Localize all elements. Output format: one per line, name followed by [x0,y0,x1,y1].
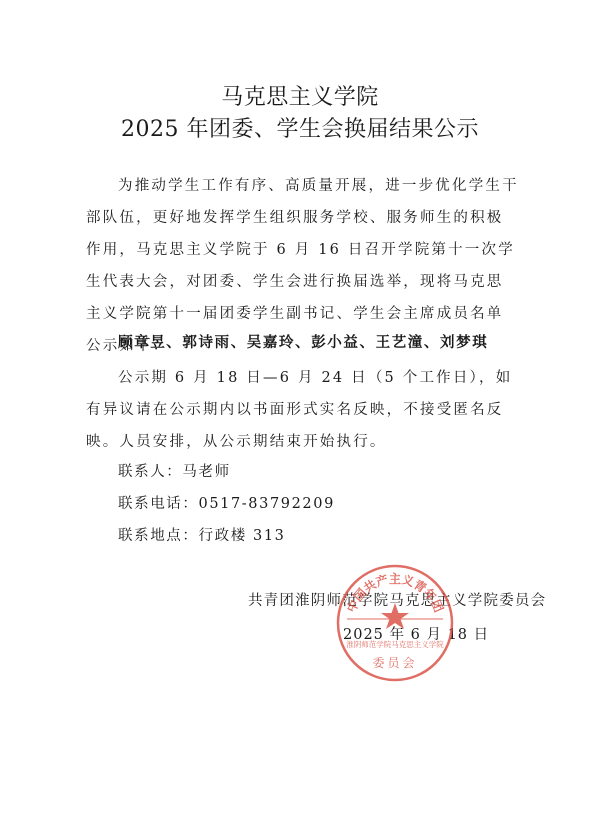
member-names: 顾章昱、郭诗雨、吴嘉玲、彭小益、王艺潼、刘梦琪 [118,331,488,352]
signature-organization: 共青团淮阴师范学院马克思主义学院委员会 [248,589,546,610]
contact-person: 联系人：马老师 [118,460,231,481]
title-line-1: 马克思主义学院 [0,80,600,111]
notice-period-paragraph: 公示期 6 月 18 日—6 月 24 日（5 个工作日），如有异议请在公示期内… [86,362,520,458]
signature-date: 2025 年 6 月 18 日 [343,623,489,644]
svg-text:委员会: 委员会 [372,656,417,670]
contact-address: 联系地点：行政楼 313 [118,524,285,545]
contact-phone: 联系电话：0517-83792209 [118,492,335,513]
title-line-2: 2025 年团委、学生会换届结果公示 [0,112,600,143]
